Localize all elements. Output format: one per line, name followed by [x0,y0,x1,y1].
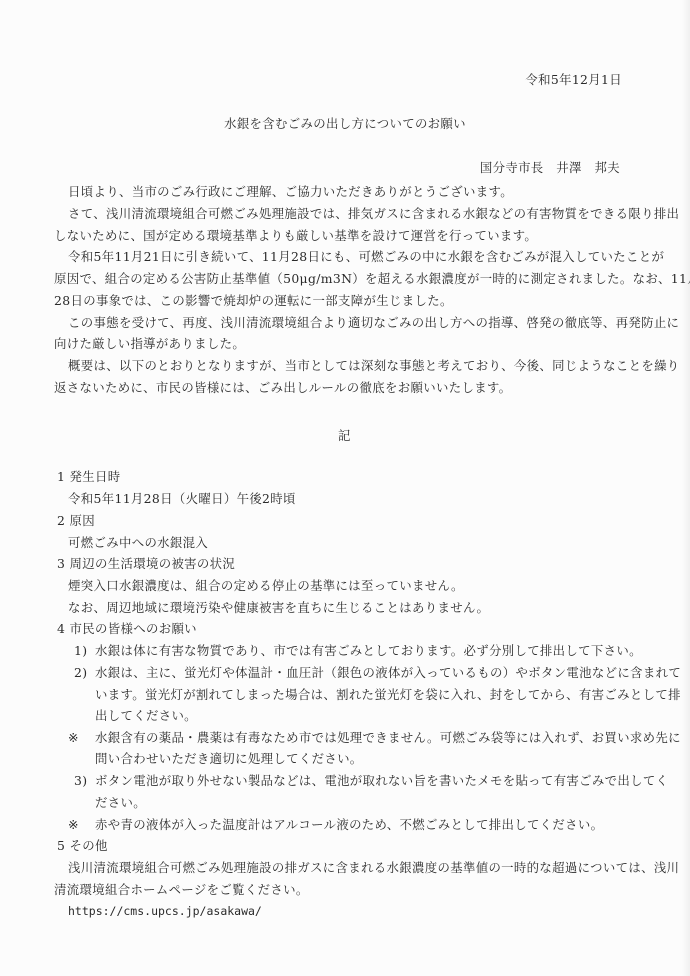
section-heading: 1 発生日時 [57,469,120,485]
document-author: 国分寺市長 井澤 邦夫 [480,160,620,176]
list-marker: 3) [74,773,87,789]
intro-line: さて、浅川清流環境組合可燃ごみ処理施設では、排気ガスに含まれる水銀などの有害物質… [68,206,679,222]
list-text: 問い合わせいただき適切に処理してください。 [95,751,363,767]
intro-line: 原因で、組合の定める公害防止基準値（50μg/m3N）を超える水銀濃度が一時的に… [54,271,690,287]
section-body: 令和5年11月28日（火曜日）午後2時頃 [68,491,296,507]
list-text: ボタン電池が取り外せない製品などは、電池が取れない旨を書いたメモを貼って有害ごみ… [95,773,668,789]
section-heading: 5 その他 [57,838,108,854]
document-date: 令和5年12月1日 [525,72,622,88]
intro-line: 返さないために、市民の皆様には、ごみ出しルールの徹底をお願いいたします。 [54,380,511,396]
intro-line: 向けた厳しい指導がありました。 [54,336,245,352]
ki-marker: 記 [338,428,351,444]
intro-line: 令和5年11月21日に引き続いて、11月28日にも、可燃ごみの中に水銀を含むごみ… [68,249,664,265]
section-heading: 2 原因 [57,513,95,529]
list-text: 水銀含有の薬品・農薬は有毒なため市では処理できません。可燃ごみ袋等には入れず、お… [95,730,681,746]
list-text: 水銀は、主に、蛍光灯や体温計・血圧計（銀色の液体が入っているもの）やボタン電池な… [95,665,681,681]
homepage-link[interactable]: https://cms.upcs.jp/asakawa/ [68,903,262,919]
section-body: 煙突入口水銀濃度は、組合の定める停止の基準には至っていません。 [68,578,464,594]
list-text: 水銀は体に有害な物質であり、市では有害ごみとしております。必ず分別して排出して下… [95,643,642,659]
section-body: 浅川清流環境組合可燃ごみ処理施設の排ガスに含まれる水銀濃度の基準値の一時的な超過… [68,860,679,876]
note-marker: ※ [68,817,79,833]
intro-line: この事態を受けて、再度、浅川清流環境組合より適切なごみの出し方への指導、啓発の徹… [68,315,679,331]
list-text: ださい。 [95,795,146,811]
section-heading: 3 周辺の生活環境の被害の状況 [57,556,235,572]
intro-line: 日頃より、当市のごみ行政にご理解、ご協力いただきありがとうございます。 [68,184,513,200]
section-heading: 4 市民の皆様へのお願い [57,621,197,637]
document-page: 令和5年12月1日 水銀を含むごみの出し方についてのお願い 国分寺市長 井澤 邦… [0,0,690,976]
intro-line: 概要は、以下のとおりとなりますが、当市としては深刻な事態と考えており、今後、同じ… [68,358,680,374]
section-body: 清流環境組合ホームページをご覧ください。 [54,882,309,898]
section-body: なお、周辺地域に環境汚染や健康被害を直ちに生じることはありません。 [68,600,489,616]
list-text: 出してください。 [95,708,197,724]
document-title: 水銀を含むごみの出し方についてのお願い [0,116,690,132]
section-body: 可燃ごみ中への水銀混入 [68,535,208,551]
list-text: います。蛍光灯が割れてしまった場合は、割れた蛍光灯を袋に入れ、封をしてから、有害… [95,687,681,703]
note-marker: ※ [68,730,79,746]
list-text: 赤や青の液体が入った温度計はアルコール液のため、不燃ごみとして排出してください。 [95,817,603,833]
list-marker: 1) [74,643,87,659]
intro-line: 28日の事象では、この影響で焼却炉の運転に一部支障が生じました。 [54,293,453,309]
intro-line: しないために、国が定める環境基準よりも厳しい基準を設けて運営を行っています。 [54,228,537,244]
list-marker: 2) [74,665,87,681]
scan-edge-shadow [682,0,690,976]
